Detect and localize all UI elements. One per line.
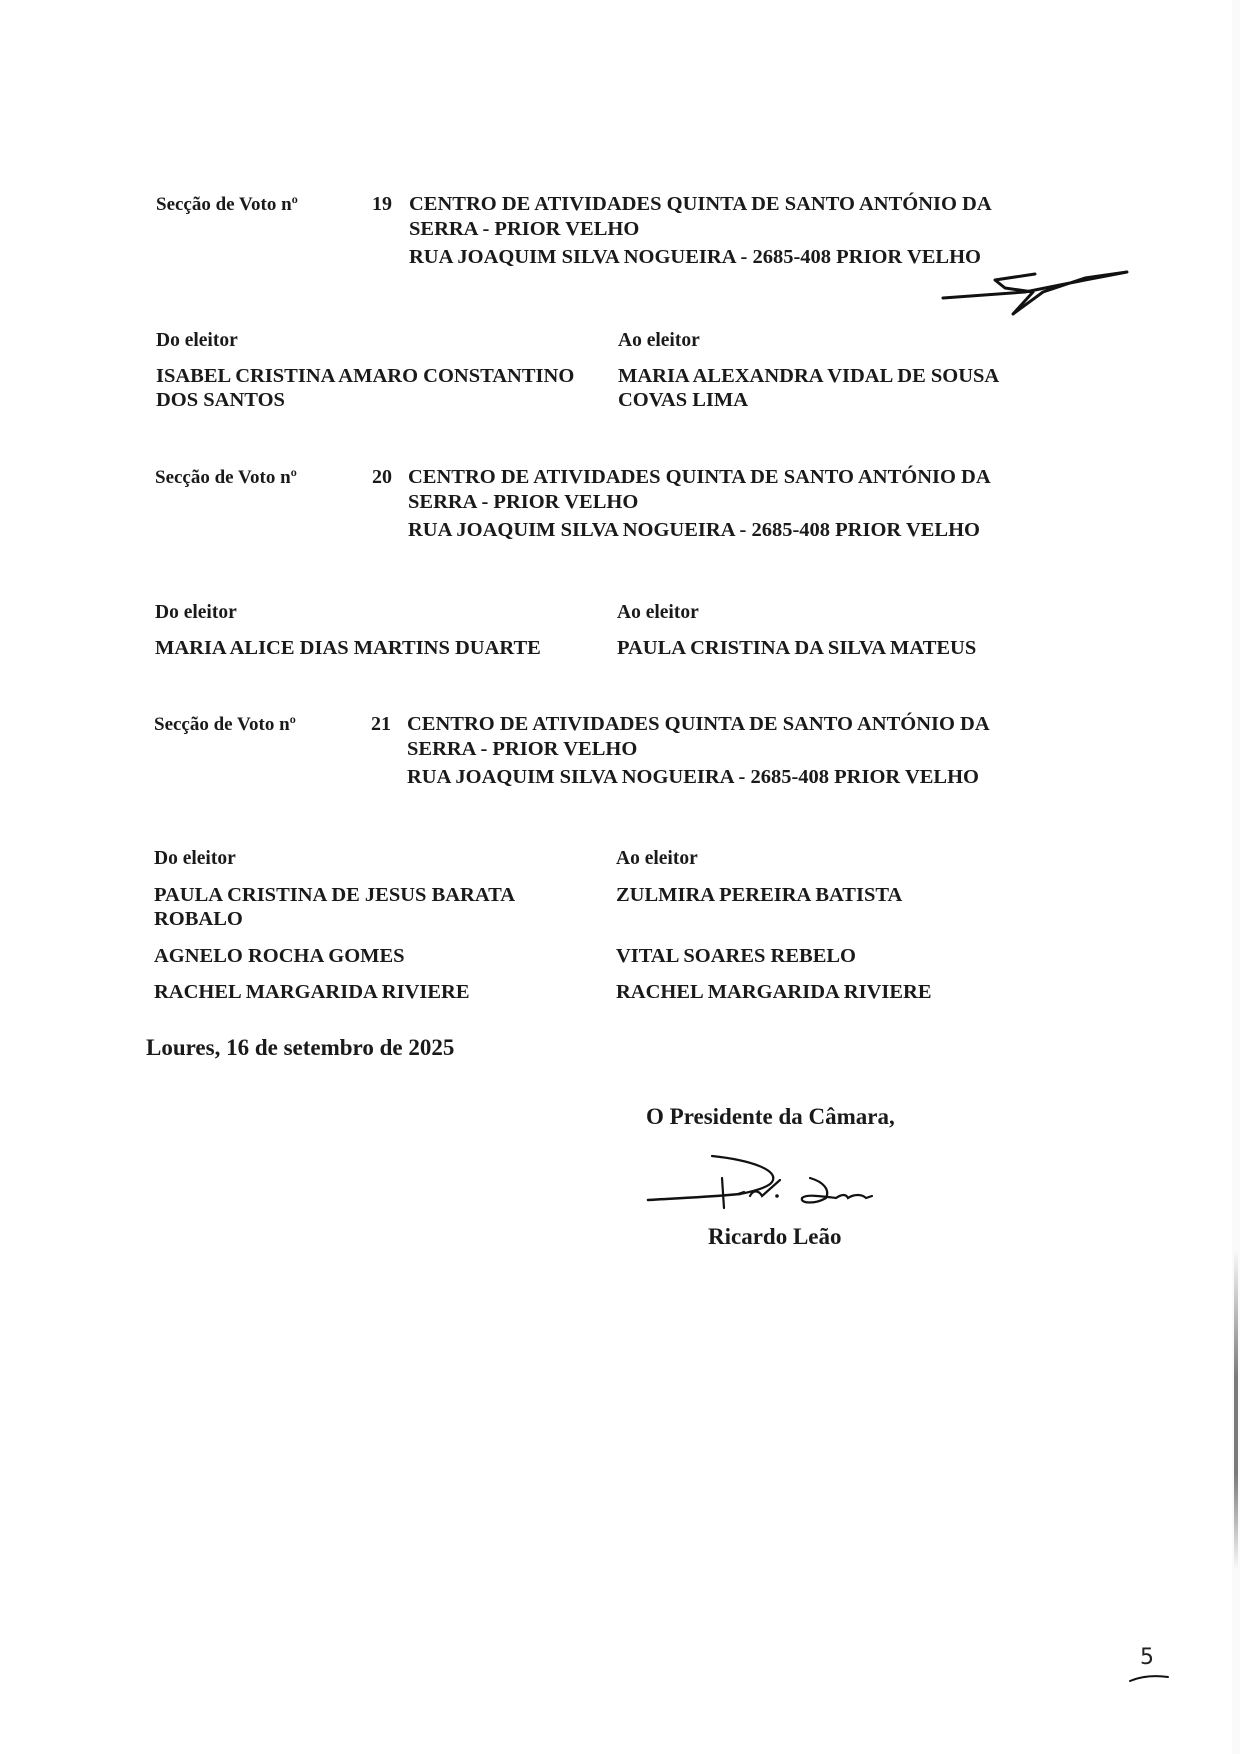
signatory-name: Ricardo Leão bbox=[708, 1224, 842, 1250]
section-label: Secção de Voto nº bbox=[156, 194, 298, 216]
section-label: Secção de Voto nº bbox=[155, 467, 297, 489]
signature-icon bbox=[640, 1148, 910, 1218]
scan-artifact-line bbox=[1234, 1250, 1238, 1570]
section-address: RUA JOAQUIM SILVA NOGUEIRA - 2685-408 PR… bbox=[407, 765, 979, 789]
section-address: RUA JOAQUIM SILVA NOGUEIRA - 2685-408 PR… bbox=[409, 245, 981, 269]
from-voter-name: PAULA CRISTINA DE JESUS BARATA ROBALO bbox=[154, 883, 515, 931]
to-voter-header: Ao eleitor bbox=[617, 602, 699, 624]
from-voter-name: RACHEL MARGARIDA RIVIERE bbox=[154, 980, 470, 1004]
page-number: 5 bbox=[1128, 1645, 1178, 1685]
section-label: Secção de Voto nº bbox=[154, 714, 296, 736]
from-voter-name: MARIA ALICE DIAS MARTINS DUARTE bbox=[155, 636, 541, 660]
section-place-line2: SERRA - PRIOR VELHO bbox=[407, 737, 637, 761]
place-and-date: Loures, 16 de setembro de 2025 bbox=[146, 1035, 454, 1061]
from-voter-name: AGNELO ROCHA GOMES bbox=[154, 944, 405, 968]
to-voter-name: VITAL SOARES REBELO bbox=[616, 944, 856, 968]
section-place-line1: CENTRO DE ATIVIDADES QUINTA DE SANTO ANT… bbox=[409, 192, 992, 216]
section-number: 21 bbox=[351, 713, 391, 736]
from-voter-header: Do eleitor bbox=[156, 330, 238, 352]
section-place-line2: SERRA - PRIOR VELHO bbox=[409, 217, 639, 241]
to-voter-header: Ao eleitor bbox=[618, 330, 700, 352]
page-number-underline-icon bbox=[1128, 1673, 1172, 1683]
initials-mark-icon bbox=[935, 262, 1135, 324]
section-place-line1: CENTRO DE ATIVIDADES QUINTA DE SANTO ANT… bbox=[408, 465, 991, 489]
section-number: 20 bbox=[352, 466, 392, 489]
to-voter-header: Ao eleitor bbox=[616, 848, 698, 870]
from-voter-name: ISABEL CRISTINA AMARO CONSTANTINO DOS SA… bbox=[156, 364, 574, 412]
from-voter-header: Do eleitor bbox=[155, 602, 237, 624]
to-voter-name: ZULMIRA PEREIRA BATISTA bbox=[616, 883, 902, 907]
to-voter-name: PAULA CRISTINA DA SILVA MATEUS bbox=[617, 636, 976, 660]
from-voter-header: Do eleitor bbox=[154, 848, 236, 870]
to-voter-name: RACHEL MARGARIDA RIVIERE bbox=[616, 980, 932, 1004]
signatory-title: O Presidente da Câmara, bbox=[646, 1104, 895, 1130]
to-voter-name: MARIA ALEXANDRA VIDAL DE SOUSA COVAS LIM… bbox=[618, 364, 999, 412]
section-place-line2: SERRA - PRIOR VELHO bbox=[408, 490, 638, 514]
section-number: 19 bbox=[352, 193, 392, 216]
section-address: RUA JOAQUIM SILVA NOGUEIRA - 2685-408 PR… bbox=[408, 518, 980, 542]
section-place-line1: CENTRO DE ATIVIDADES QUINTA DE SANTO ANT… bbox=[407, 712, 990, 736]
